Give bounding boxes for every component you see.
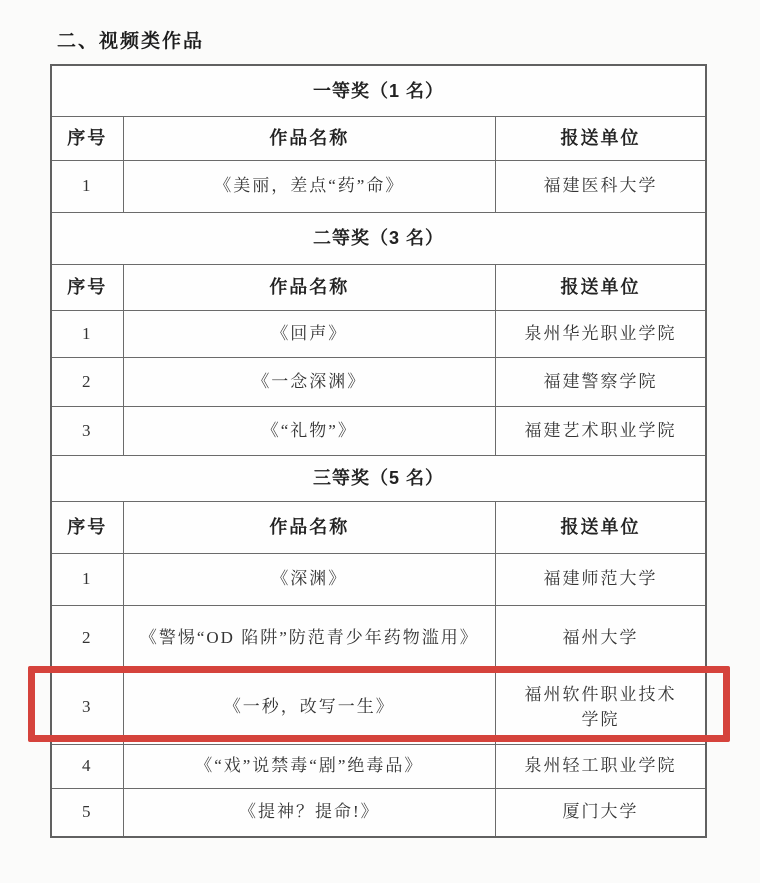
column-header-row: 序号 作品名称 报送单位 (52, 116, 705, 160)
submitting-unit: 福州大学 (496, 606, 705, 670)
work-title: 《提神？提命!》 (124, 789, 497, 836)
table-row-highlighted: 3 《一秒，改写一生》 福州软件职业技术学院 (52, 670, 705, 744)
column-header-no: 序号 (52, 502, 124, 553)
section-header-label: 三等奖（5 名） (52, 456, 705, 501)
work-title: 《“戏”说禁毒“剧”绝毒品》 (124, 745, 497, 788)
submitting-unit: 福建师范大学 (496, 554, 705, 605)
column-header-unit: 报送单位 (496, 117, 705, 160)
page-title: 二、视频类作品 (57, 26, 204, 53)
row-no: 1 (52, 311, 124, 357)
work-title: 《警惕“OD 陷阱”防范青少年药物滥用》 (124, 606, 497, 670)
table-row: 1 《美丽，差点“药”命》 福建医科大学 (52, 160, 705, 212)
column-header-title: 作品名称 (124, 502, 497, 553)
column-header-title: 作品名称 (124, 117, 497, 160)
row-no: 4 (52, 745, 124, 788)
row-no: 2 (52, 358, 124, 406)
work-title: 《一秒，改写一生》 (124, 671, 497, 744)
section-header-label: 二等奖（3 名） (52, 213, 705, 264)
work-title: 《回声》 (124, 311, 497, 357)
table-row: 3 《“礼物”》 福建艺术职业学院 (52, 406, 705, 455)
awards-table: 一等奖（1 名） 序号 作品名称 报送单位 1 《美丽，差点“药”命》 福建医科… (50, 64, 707, 838)
column-header-no: 序号 (52, 117, 124, 160)
work-title: 《一念深渊》 (124, 358, 497, 406)
submitting-unit: 福建医科大学 (496, 161, 705, 212)
table-row: 2 《一念深渊》 福建警察学院 (52, 357, 705, 406)
column-header-title: 作品名称 (124, 265, 497, 310)
submitting-unit: 泉州轻工职业学院 (496, 745, 705, 788)
column-header-row: 序号 作品名称 报送单位 (52, 501, 705, 553)
section-header-row-second-prize: 二等奖（3 名） (52, 212, 705, 264)
table-row: 5 《提神？提命!》 厦门大学 (52, 788, 705, 836)
work-title: 《“礼物”》 (124, 407, 497, 455)
submitting-unit: 福建艺术职业学院 (496, 407, 705, 455)
table-row: 4 《“戏”说禁毒“剧”绝毒品》 泉州轻工职业学院 (52, 744, 705, 788)
row-no: 1 (52, 161, 124, 212)
column-header-unit: 报送单位 (496, 265, 705, 310)
row-no: 5 (52, 789, 124, 836)
column-header-unit: 报送单位 (496, 502, 705, 553)
column-header-row: 序号 作品名称 报送单位 (52, 264, 705, 310)
submitting-unit: 福建警察学院 (496, 358, 705, 406)
table-row: 2 《警惕“OD 陷阱”防范青少年药物滥用》 福州大学 (52, 605, 705, 670)
row-no: 3 (52, 671, 124, 744)
table-row: 1 《深渊》 福建师范大学 (52, 553, 705, 605)
submitting-unit: 泉州华光职业学院 (496, 311, 705, 357)
column-header-no: 序号 (52, 265, 124, 310)
submitting-unit: 福州软件职业技术学院 (496, 671, 705, 744)
work-title: 《深渊》 (124, 554, 497, 605)
row-no: 1 (52, 554, 124, 605)
row-no: 2 (52, 606, 124, 670)
row-no: 3 (52, 407, 124, 455)
work-title: 《美丽，差点“药”命》 (124, 161, 497, 212)
section-header-label: 一等奖（1 名） (52, 66, 705, 116)
table-row: 1 《回声》 泉州华光职业学院 (52, 310, 705, 357)
section-header-row-first-prize: 一等奖（1 名） (52, 66, 705, 116)
submitting-unit: 厦门大学 (496, 789, 705, 836)
section-header-row-third-prize: 三等奖（5 名） (52, 455, 705, 501)
document-page: 二、视频类作品 一等奖（1 名） 序号 作品名称 报送单位 1 《美丽，差点“药… (0, 0, 760, 883)
